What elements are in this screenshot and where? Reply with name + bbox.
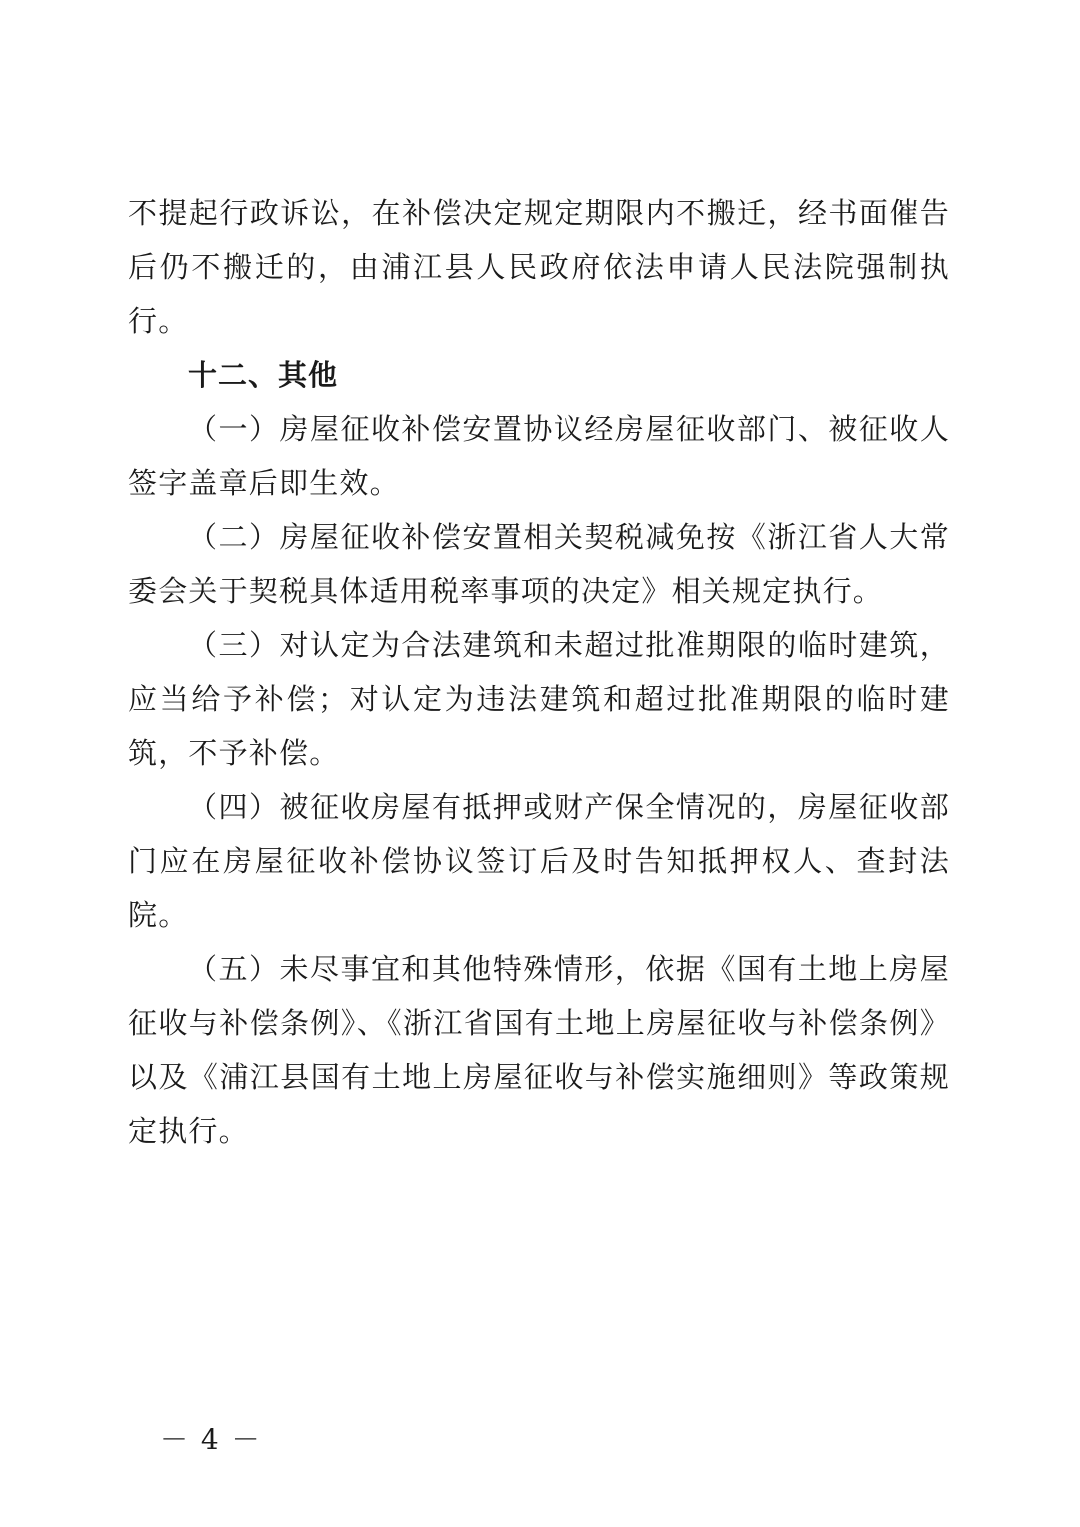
document-page: 不提起行政诉讼，在补偿决定规定期限内不搬迁，经书面催告后仍不搬迁的，由浦江县人民… (0, 0, 1080, 1527)
section-heading: 十二、其他 (128, 348, 950, 402)
paragraph-item-4: （四）被征收房屋有抵押或财产保全情况的，房屋征收部门应在房屋征收补偿协议签订后及… (128, 780, 950, 942)
paragraph-continuation: 不提起行政诉讼，在补偿决定规定期限内不搬迁，经书面催告后仍不搬迁的，由浦江县人民… (128, 186, 950, 348)
document-body: 不提起行政诉讼，在补偿决定规定期限内不搬迁，经书面催告后仍不搬迁的，由浦江县人民… (128, 186, 950, 1158)
page-number: － 4 － (160, 1424, 262, 1456)
paragraph-item-1: （一）房屋征收补偿安置协议经房屋征收部门、被征收人签字盖章后即生效。 (128, 402, 950, 510)
paragraph-item-2: （二）房屋征收补偿安置相关契税减免按《浙江省人大常委会关于契税具体适用税率事项的… (128, 510, 950, 618)
paragraph-item-5: （五）未尽事宜和其他特殊情形，依据《国有土地上房屋征收与补偿条例》、《浙江省国有… (128, 942, 950, 1158)
paragraph-item-3: （三）对认定为合法建筑和未超过批准期限的临时建筑，应当给予补偿；对认定为违法建筑… (128, 618, 950, 780)
